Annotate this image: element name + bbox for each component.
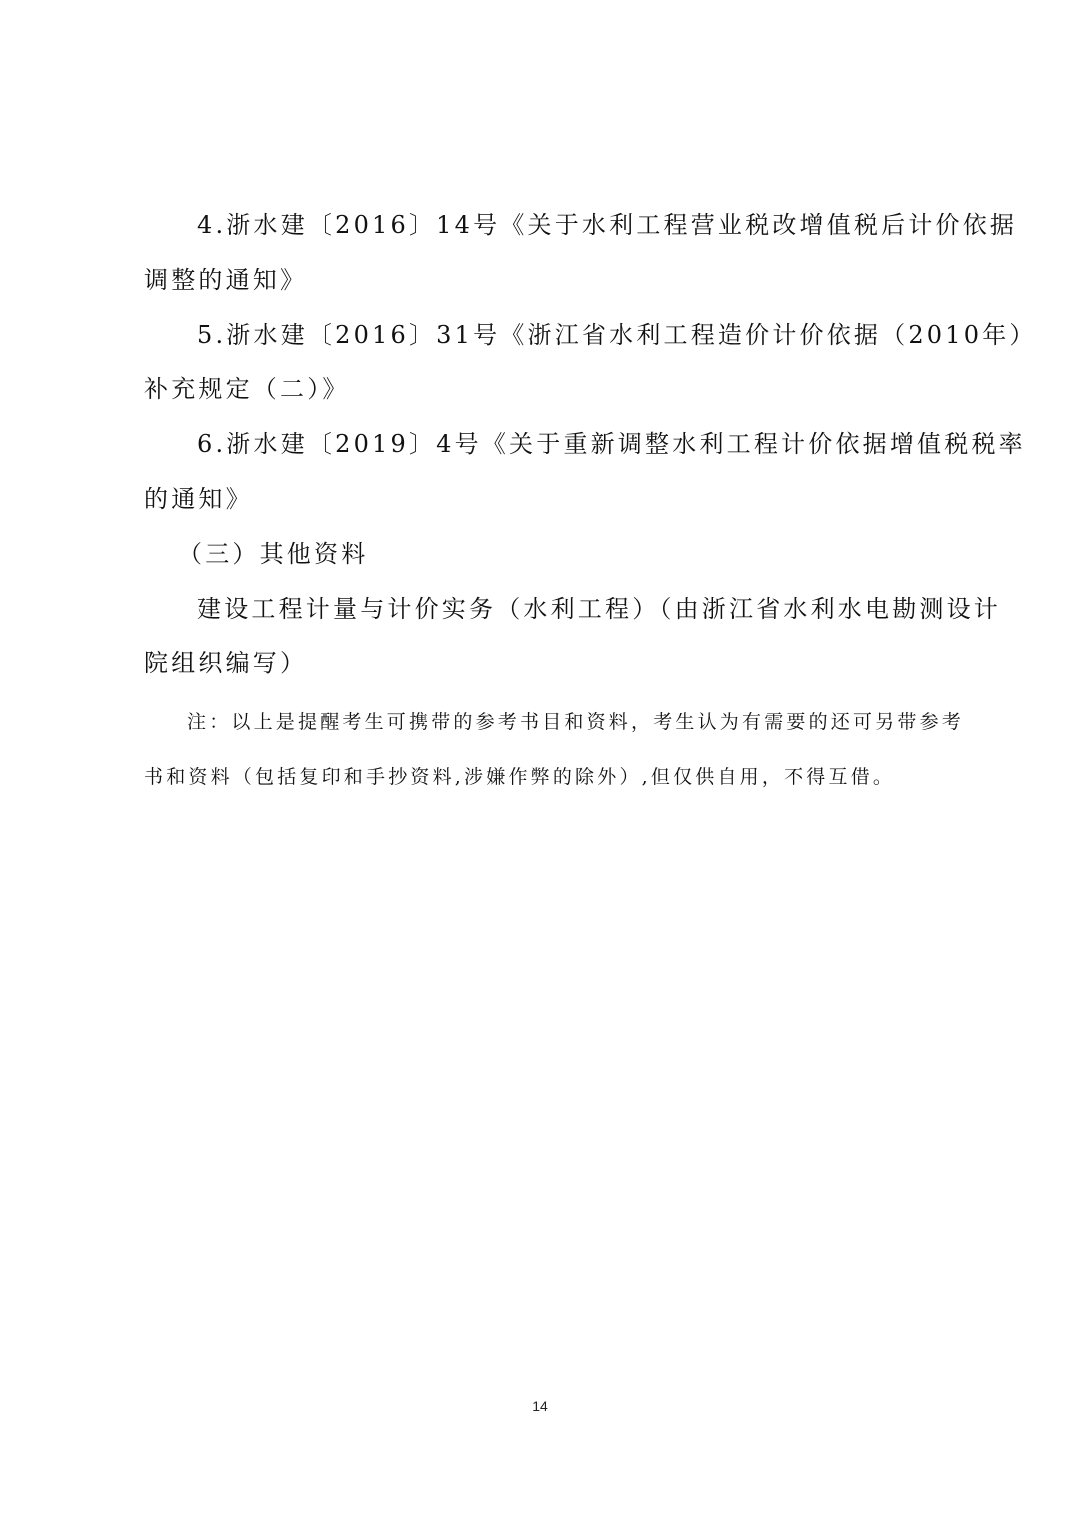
reference-item-6-line-2: 的通知》 [144,484,253,514]
other-material-line-1: 建设工程计量与计价实务（水利工程）（由浙江省水利水电勘测设计 [197,594,1001,624]
reference-item-5-line-2: 补充规定（二）》 [144,374,350,404]
page-number: 14 [0,1398,1080,1414]
note-line-2: 书和资料（包括复印和手抄资料,涉嫌作弊的除外）,但仅供自用，不得互借。 [144,762,895,792]
reference-item-4-line-2: 调整的通知》 [144,265,307,295]
reference-item-5-line-1: 5.浙水建〔2016〕31号《浙江省水利工程造价计价依据（2010年） [197,320,1037,350]
reference-item-4-line-1: 4.浙水建〔2016〕14号《关于水利工程营业税改增值税后计价依据 [197,210,1017,240]
section-heading-other-materials: （三）其他资料 [178,539,368,569]
note-line-1: 注：以上是提醒考生可携带的参考书目和资料，考生认为有需要的还可另带参考 [187,707,964,737]
reference-item-6-line-1: 6.浙水建〔2019〕4号《关于重新调整水利工程计价依据增值税税率 [197,429,1026,459]
document-page: 4.浙水建〔2016〕14号《关于水利工程营业税改增值税后计价依据 调整的通知》… [0,0,1080,1527]
other-material-line-2: 院组织编写） [144,648,307,678]
